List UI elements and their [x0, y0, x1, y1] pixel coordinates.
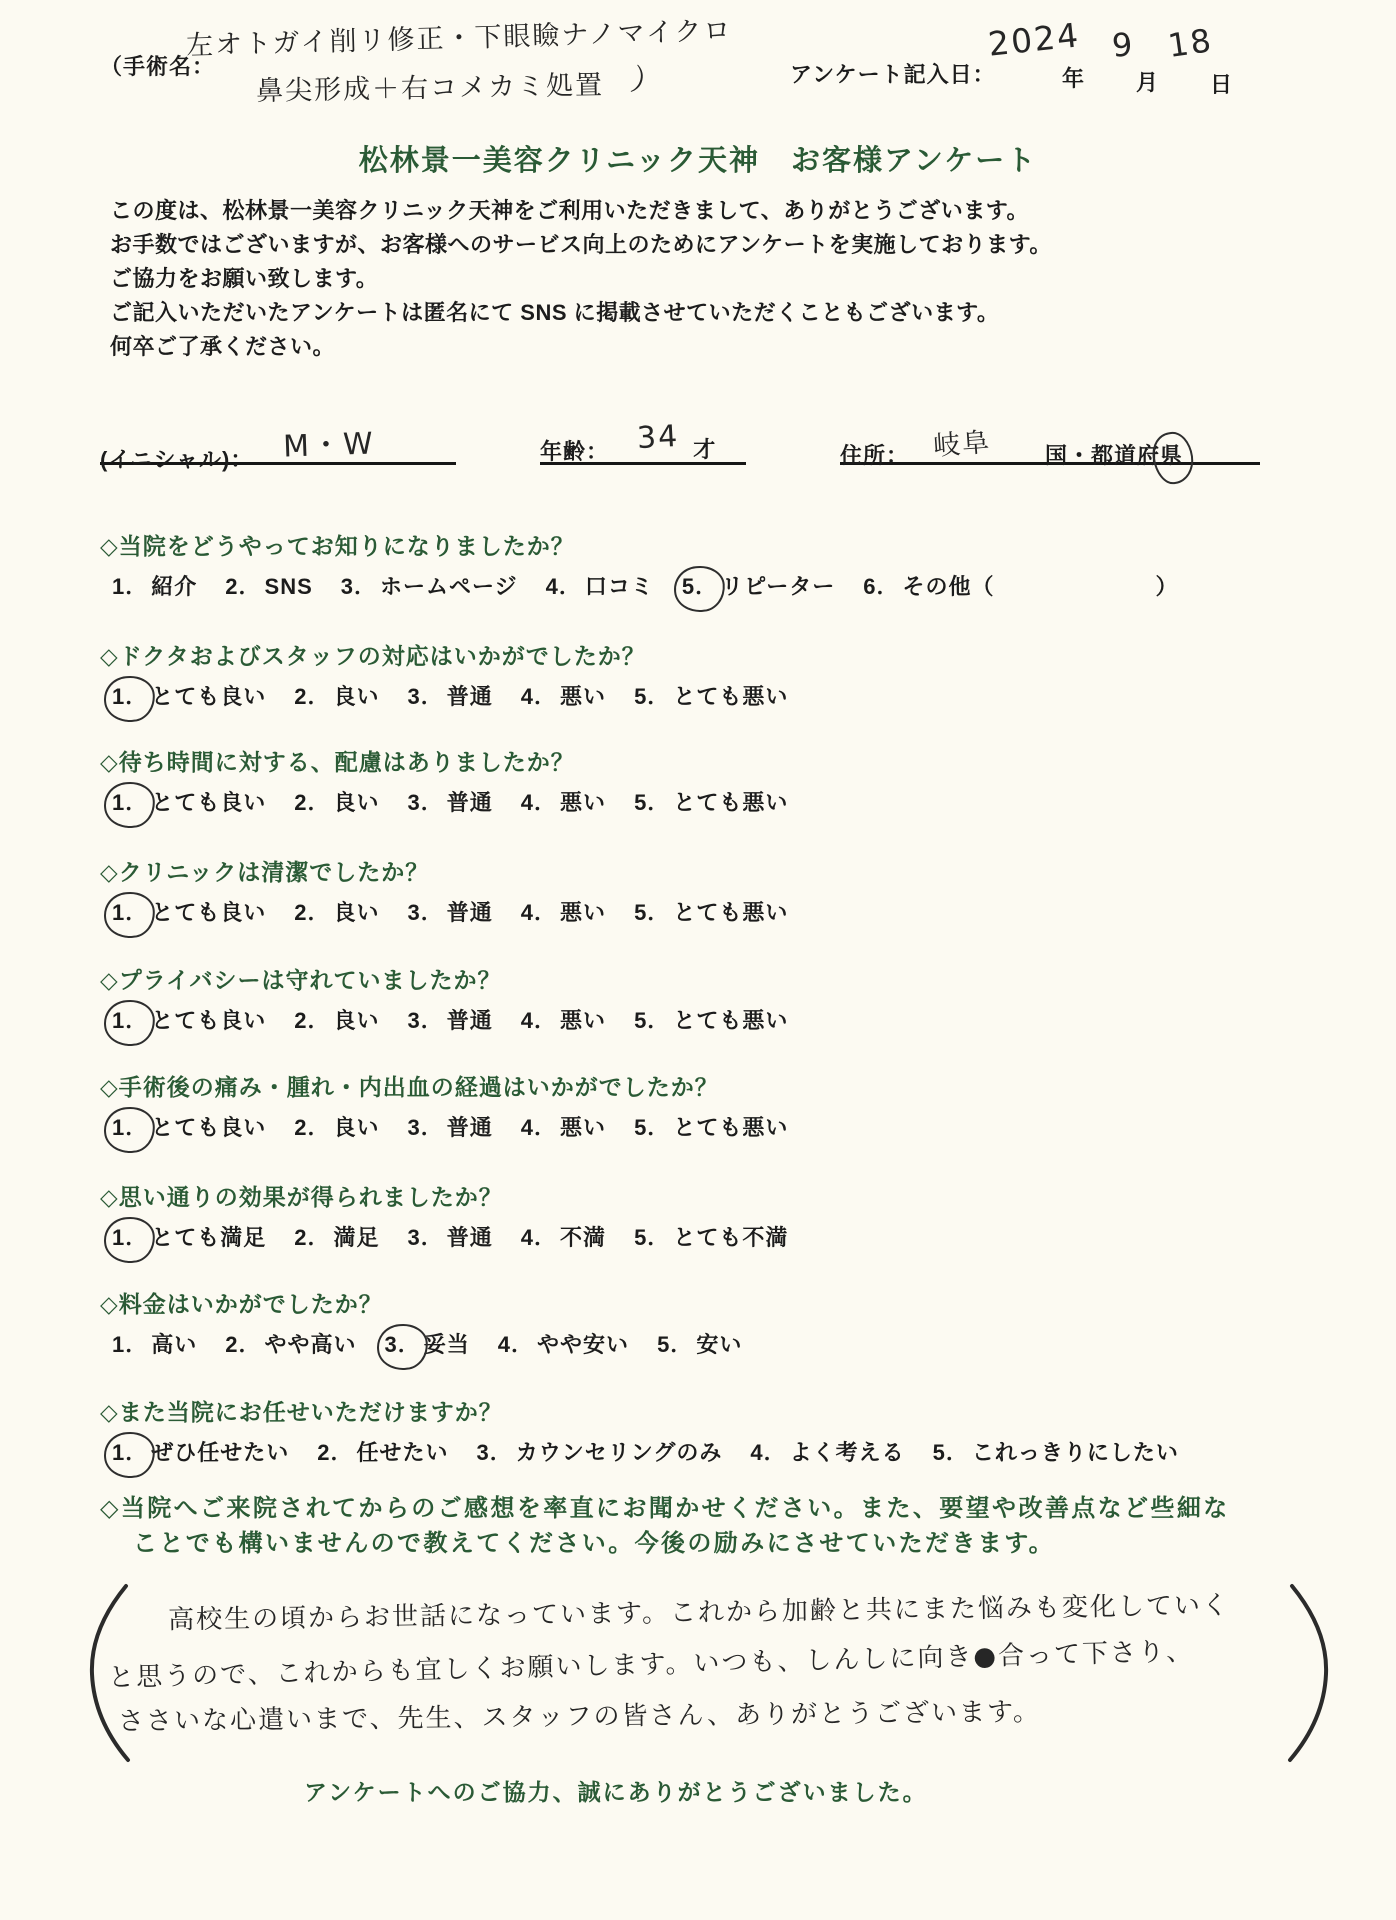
answer-option: 3．普通 — [408, 1008, 493, 1033]
age-unit-label: 才 — [693, 437, 715, 462]
answer-options-row: 1．とても満足2．満足3．普通4．不満5．とても不満 — [112, 1222, 1350, 1254]
region-label: 国・都道府県 — [1045, 443, 1183, 468]
option-label: よく考える — [790, 1440, 905, 1465]
option-label: 安い — [696, 1332, 742, 1357]
option-number: 5． — [634, 681, 670, 713]
answer-option: 3．ホームページ — [341, 574, 518, 599]
option-label: カウンセリングのみ — [516, 1440, 723, 1465]
option-label: 良い — [334, 1008, 380, 1033]
option-label: 口コミ — [585, 574, 654, 599]
option-label: SNS — [265, 574, 313, 599]
option-number: 3． — [408, 1222, 444, 1254]
option-label: やや安い — [537, 1332, 629, 1357]
option-number: 5． — [634, 1222, 670, 1254]
option-label: 悪い — [560, 900, 606, 925]
answer-option: 2．満足 — [294, 1225, 379, 1250]
option-label: とても良い — [151, 900, 266, 925]
question-heading: ◇料金はいかがでしたか？ — [100, 1286, 1350, 1319]
option-number: 5． — [634, 1112, 670, 1144]
option-number: 4． — [546, 571, 582, 603]
option-number: 3． — [408, 681, 444, 713]
option-number: 2． — [294, 681, 330, 713]
initial-label: (イニシャル)： — [100, 447, 253, 472]
option-label: 高い — [151, 1332, 197, 1357]
answer-option: 1．ぜひ任せたい — [112, 1440, 289, 1465]
age-field: 年齢：34才 — [540, 424, 746, 465]
option-number: 4． — [521, 897, 557, 929]
option-number: 2． — [294, 897, 330, 929]
answer-option: 4．不満 — [521, 1225, 606, 1250]
intro-line: この度は、松林景一美容クリニック天神をご利用いただきまして、ありがとうございます… — [110, 194, 1052, 228]
selected-answer-circle: 1． — [112, 787, 148, 819]
option-label: 良い — [334, 1115, 380, 1140]
option-number: 2． — [294, 1222, 330, 1254]
option-label: 良い — [334, 684, 380, 709]
survey-question: ◇クリニックは清潔でしたか？1．とても良い2．良い3．普通4．悪い5．とても悪い — [100, 854, 1350, 929]
answer-option: 3．妥当 — [385, 1332, 470, 1357]
answer-option: 4．悪い — [521, 1008, 606, 1033]
answer-option: 6．その他（ ） — [863, 574, 1178, 599]
option-number: 2． — [225, 1329, 261, 1361]
comment-line: ささいな心遣いまで、先生、スタッフの皆さん、ありがとうございます。 — [118, 1691, 1041, 1738]
option-label: 悪い — [560, 1008, 606, 1033]
question-heading: ◇プライバシーは守れていましたか？ — [100, 962, 1350, 995]
answer-option: 3．普通 — [408, 1115, 493, 1140]
answer-option: 2．任せたい — [317, 1440, 448, 1465]
option-label: 満足 — [334, 1225, 380, 1250]
answer-option: 5．これっきりにしたい — [933, 1440, 1179, 1465]
answer-option: 3．普通 — [408, 1225, 493, 1250]
answer-option: 2．良い — [294, 1115, 379, 1140]
answer-option: 3．カウンセリングのみ — [477, 1440, 723, 1465]
question-heading: ◇待ち時間に対する、配慮はありましたか？ — [100, 744, 1350, 777]
thanks-note: アンケートへのご協力、誠にありがとうございました。 — [304, 1774, 928, 1807]
feedback-heading-line2: ことでも構いませんので教えてください。今後の励みにさせていただきます。 — [133, 1523, 1055, 1558]
intro-line: お手数ではございますが、お客様へのサービス向上のためにアンケートを実施しておりま… — [110, 228, 1052, 262]
intro-line: 何卒ご了承ください。 — [110, 330, 1052, 364]
answer-options-row: 1．ぜひ任せたい2．任せたい3．カウンセリングのみ4．よく考える5．これっきりに… — [112, 1437, 1350, 1469]
option-label: とても悪い — [673, 790, 788, 815]
surgery-name-close-paren: ） — [627, 55, 669, 105]
selected-answer-circle: 1． — [112, 1437, 148, 1469]
selected-answer-circle: 1． — [112, 1222, 148, 1254]
selected-answer-circle: 5． — [682, 571, 718, 603]
answer-option: 5．リピーター — [682, 574, 835, 599]
answer-option: 1．とても良い — [112, 1115, 266, 1140]
option-number: 2． — [294, 1005, 330, 1037]
surgery-name-handwritten-line1: 左オトガイ削リ修正・下眼瞼ナノマイクロ — [186, 8, 733, 62]
answer-option: 5．とても悪い — [634, 900, 788, 925]
comment-line: 高校生の頃からお世話になっています。これから加齢と共にまた悩みも変化していく — [168, 1585, 1230, 1637]
option-label: 良い — [334, 790, 380, 815]
option-number: 4． — [521, 1112, 557, 1144]
option-label: 妥当 — [424, 1332, 470, 1357]
option-label: 良い — [334, 900, 380, 925]
option-number: 2． — [225, 571, 261, 603]
option-number: 3． — [408, 1112, 444, 1144]
option-label: とても悪い — [673, 1115, 788, 1140]
answer-option: 5．とても悪い — [634, 684, 788, 709]
option-label: やや高い — [265, 1332, 357, 1357]
option-number: 3． — [408, 787, 444, 819]
survey-date-label: アンケート記入日： — [790, 58, 996, 89]
survey-date-day-unit: 日 — [1210, 68, 1233, 99]
answer-option: 4．悪い — [521, 900, 606, 925]
question-heading: ◇手術後の痛み・腫れ・内出血の経過はいかがでしたか？ — [100, 1069, 1350, 1102]
question-heading: ◇当院をどうやってお知りになりましたか？ — [100, 528, 1350, 561]
answer-option: 1．高い — [112, 1332, 197, 1357]
option-number: 3． — [408, 897, 444, 929]
question-heading: ◇ドクタおよびスタッフの対応はいかがでしたか？ — [100, 638, 1350, 671]
option-label: とても満足 — [151, 1225, 266, 1250]
option-label: とても悪い — [673, 1008, 788, 1033]
answer-option: 3．普通 — [408, 900, 493, 925]
option-number: 4． — [498, 1329, 534, 1361]
survey-question: ◇思い通りの効果が得られましたか？1．とても満足2．満足3．普通4．不満5．とて… — [100, 1179, 1350, 1254]
option-number: 6． — [863, 571, 899, 603]
option-number: 3． — [477, 1437, 513, 1469]
intro-line: ご協力をお願い致します。 — [110, 262, 1052, 296]
survey-date-month-value: 9 — [1111, 25, 1136, 64]
answer-options-row: 1．とても良い2．良い3．普通4．悪い5．とても悪い — [112, 681, 1350, 713]
option-label: リピーター — [721, 574, 835, 599]
option-number: 3． — [408, 1005, 444, 1037]
answer-option: 2．良い — [294, 900, 379, 925]
option-label: ぜひ任せたい — [151, 1440, 289, 1465]
survey-question: ◇プライバシーは守れていましたか？1．とても良い2．良い3．普通4．悪い5．とて… — [100, 962, 1350, 1037]
option-label: これっきりにしたい — [972, 1440, 1179, 1465]
survey-date-month-unit: 月 — [1136, 66, 1159, 97]
option-label: 悪い — [560, 1115, 606, 1140]
option-label: とても良い — [151, 790, 266, 815]
option-number: 4． — [521, 787, 557, 819]
option-number: 3． — [341, 571, 377, 603]
answer-option: 2．やや高い — [225, 1332, 356, 1357]
answer-options-row: 1．とても良い2．良い3．普通4．悪い5．とても悪い — [112, 1112, 1350, 1144]
answer-option: 1．とても満足 — [112, 1225, 266, 1250]
answer-option: 4．やや安い — [498, 1332, 629, 1357]
answer-option: 4．悪い — [521, 1115, 606, 1140]
initial-handwritten-value: M・W — [283, 418, 376, 465]
answer-option: 5．とても悪い — [634, 1115, 788, 1140]
survey-question: ◇待ち時間に対する、配慮はありましたか？1．とても良い2．良い3．普通4．悪い5… — [100, 744, 1350, 819]
option-number: 2． — [294, 1112, 330, 1144]
answer-option: 2．良い — [294, 684, 379, 709]
option-label: とても良い — [151, 1115, 266, 1140]
survey-question: ◇当院をどうやってお知りになりましたか？1．紹介2．SNS3．ホームページ4．口… — [100, 528, 1350, 603]
option-label: とても良い — [151, 684, 266, 709]
answer-option: 1．とても良い — [112, 790, 266, 815]
option-label: 悪い — [560, 684, 606, 709]
survey-question: ◇料金はいかがでしたか？1．高い2．やや高い3．妥当4．やや安い5．安い — [100, 1286, 1350, 1361]
option-label: 普通 — [447, 1225, 493, 1250]
answer-options-row: 1．紹介2．SNS3．ホームページ4．口コミ5．リピーター6．その他（ ） — [112, 571, 1350, 603]
option-number: 4． — [750, 1437, 786, 1469]
survey-date-year-unit: 年 — [1062, 62, 1085, 93]
answer-option: 4．悪い — [521, 684, 606, 709]
question-heading: ◇クリニックは清潔でしたか？ — [100, 854, 1350, 887]
question-heading: ◇思い通りの効果が得られましたか？ — [100, 1179, 1350, 1212]
answer-option: 4．口コミ — [546, 574, 654, 599]
answer-options-row: 1．とても良い2．良い3．普通4．悪い5．とても悪い — [112, 1005, 1350, 1037]
option-number: 4． — [521, 681, 557, 713]
comment-line: と思うので、これからも宜しくお願いします。いつも、しんしに向き●合って下さり、 — [108, 1631, 1195, 1695]
age-handwritten-value: 34 — [636, 419, 680, 456]
answer-option: 2．良い — [294, 790, 379, 815]
hand-bracket-right-icon — [1284, 1580, 1332, 1766]
intro-paragraph: この度は、松林景一美容クリニック天神をご利用いただきまして、ありがとうございます… — [110, 194, 1052, 364]
selected-answer-circle: 3． — [385, 1329, 421, 1361]
option-label: とても良い — [151, 1008, 266, 1033]
option-label: 普通 — [447, 684, 493, 709]
option-number: 1． — [112, 571, 148, 603]
option-label: とても悪い — [673, 684, 788, 709]
option-label: 普通 — [447, 1008, 493, 1033]
answer-option: 1．とても良い — [112, 900, 266, 925]
option-number: 5． — [933, 1437, 969, 1469]
option-label: 悪い — [560, 790, 606, 815]
answer-option: 4．悪い — [521, 790, 606, 815]
initial-field: (イニシャル)：M・W — [100, 424, 456, 465]
option-label: 普通 — [447, 1115, 493, 1140]
address-field: 住所：岐阜国・都道府県 — [840, 424, 1260, 465]
answer-option: 1．とても良い — [112, 684, 266, 709]
feedback-heading-line1: ◇当院へご来院されてからのご感想を率直にお聞かせください。また、要望や改善点など… — [100, 1488, 1230, 1523]
option-number: 4． — [521, 1005, 557, 1037]
region-circled-kanji: 県 — [1160, 439, 1183, 470]
region-label-prefix: 国・都道府 — [1045, 443, 1160, 468]
survey-question: ◇ドクタおよびスタッフの対応はいかがでしたか？1．とても良い2．良い3．普通4．… — [100, 638, 1350, 713]
answer-option: 5．とても悪い — [634, 1008, 788, 1033]
selected-answer-circle: 1． — [112, 681, 148, 713]
answer-option: 5．安い — [657, 1332, 742, 1357]
option-number: 5． — [634, 1005, 670, 1037]
answer-option: 3．普通 — [408, 790, 493, 815]
option-label: 不満 — [560, 1225, 606, 1250]
option-label: とても不満 — [673, 1225, 788, 1250]
answer-option: 3．普通 — [408, 684, 493, 709]
answer-option: 5．とても不満 — [634, 1225, 788, 1250]
answer-option: 2．SNS — [225, 574, 313, 599]
option-label: 紹介 — [151, 574, 197, 599]
answer-options-row: 1．高い2．やや高い3．妥当4．やや安い5．安い — [112, 1329, 1350, 1361]
option-number: 5． — [657, 1329, 693, 1361]
selected-answer-circle: 1． — [112, 1005, 148, 1037]
intro-line: ご記入いただいたアンケートは匿名にて SNS に掲載させていただくこともございま… — [110, 296, 1052, 330]
answer-option: 2．良い — [294, 1008, 379, 1033]
survey-date-day-value: 18 — [1166, 21, 1216, 65]
survey-question: ◇手術後の痛み・腫れ・内出血の経過はいかがでしたか？1．とても良い2．良い3．普… — [100, 1069, 1350, 1144]
address-handwritten-value: 岐阜 — [932, 420, 993, 463]
option-label: 任せたい — [357, 1440, 449, 1465]
answer-options-row: 1．とても良い2．良い3．普通4．悪い5．とても悪い — [112, 897, 1350, 929]
survey-date-year-value: 2024 — [986, 15, 1082, 63]
answer-option: 1．紹介 — [112, 574, 197, 599]
option-number: 5． — [634, 787, 670, 819]
selected-answer-circle: 1． — [112, 897, 148, 929]
answer-options-row: 1．とても良い2．良い3．普通4．悪い5．とても悪い — [112, 787, 1350, 819]
option-label: その他（ ） — [902, 574, 1178, 599]
option-label: 普通 — [447, 790, 493, 815]
option-number: 4． — [521, 1222, 557, 1254]
option-label: とても悪い — [673, 900, 788, 925]
option-number: 2． — [294, 787, 330, 819]
answer-option: 4．よく考える — [750, 1440, 904, 1465]
question-heading: ◇また当院にお任せいただけますか？ — [100, 1394, 1350, 1427]
option-label: 普通 — [447, 900, 493, 925]
age-label: 年齢： — [540, 439, 609, 464]
option-label: ホームページ — [380, 574, 518, 599]
answer-option: 1．とても良い — [112, 1008, 266, 1033]
survey-scan-page: { "colors": { "accent_green": "#2a5a35",… — [0, 0, 1396, 1920]
selected-answer-circle: 1． — [112, 1112, 148, 1144]
option-number: 2． — [317, 1437, 353, 1469]
option-number: 5． — [634, 897, 670, 929]
survey-question: ◇また当院にお任せいただけますか？1．ぜひ任せたい2．任せたい3．カウンセリング… — [100, 1394, 1350, 1469]
surgery-name-handwritten-line2: 鼻尖形成＋右コメカミ処置 — [256, 63, 605, 108]
address-label: 住所： — [840, 443, 909, 468]
page-title: 松林景一美容クリニック天神 お客様アンケート — [0, 138, 1396, 179]
option-number: 1． — [112, 1329, 148, 1361]
answer-option: 5．とても悪い — [634, 790, 788, 815]
